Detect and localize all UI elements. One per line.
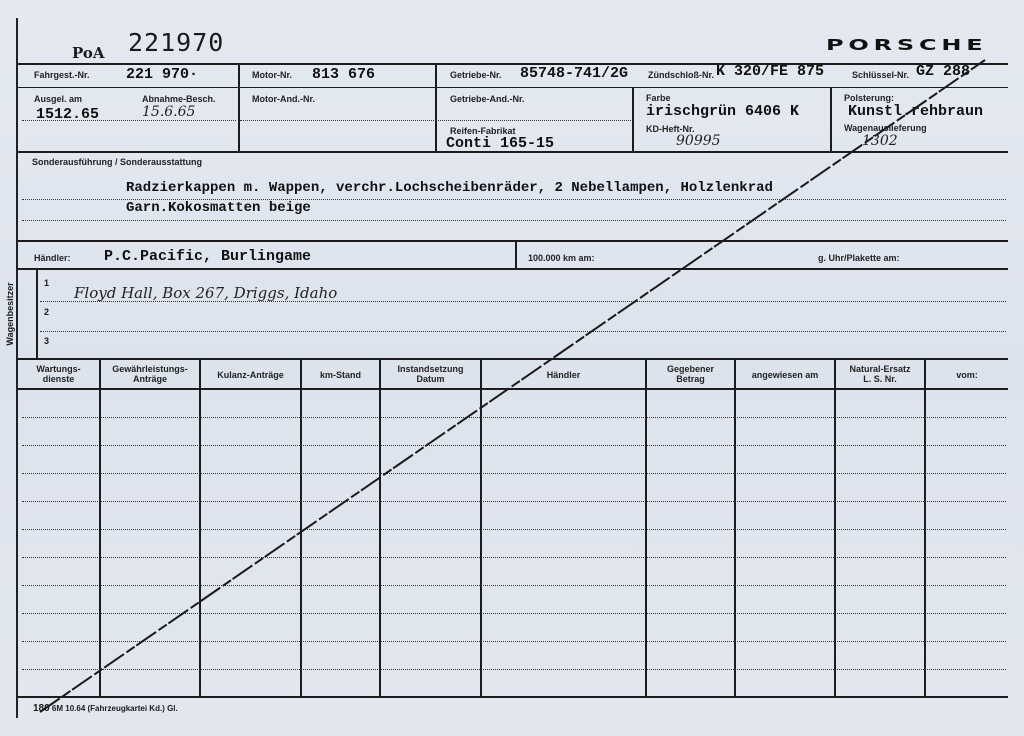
footer-text: 6M 10.64 (Fahrzeugkartei Kd.) Gl. <box>52 704 178 713</box>
form-footer: 180 6M 10.64 (Fahrzeugkartei Kd.) Gl. <box>33 703 178 714</box>
diagonal-strike-line <box>0 0 1024 736</box>
vehicle-record-card: PoA 221970 PORSCHE Fahrgest.-Nr. 221 970… <box>0 0 1024 736</box>
footer-code: 180 <box>33 703 50 714</box>
